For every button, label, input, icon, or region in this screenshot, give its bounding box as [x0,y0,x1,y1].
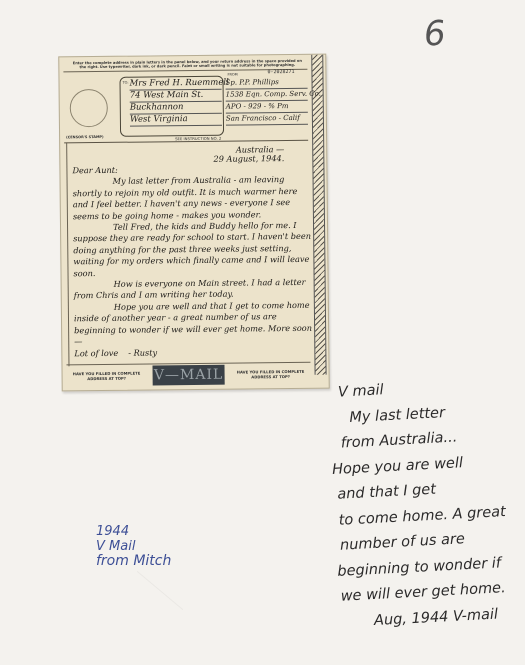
to-address-line: Buckhannon [130,102,222,115]
letter-paragraph: Hope you are well and that I get to come… [74,300,312,348]
from-address: Sp. P.P. Phillips 1538 Eqn. Comp. Serv. … [225,77,307,126]
paper-crease [137,571,184,610]
serial-number: 0-2028271 [267,69,294,75]
footer-note-left: HAVE YOU FILLED IN COMPLETE ADDRESS AT T… [67,370,147,381]
divider [64,140,308,144]
from-address-line: Sp. P.P. Phillips [225,77,307,90]
letter-paragraph: My last letter from Australia - am leavi… [73,174,311,222]
vmail-footer: HAVE YOU FILLED IN COMPLETE ADDRESS AT T… [66,362,310,387]
handwritten-note-left: 1944 V Mail from Mitch [96,524,171,569]
to-label: TO: [123,81,129,85]
from-address-line: APO - 929 - % Pm [226,101,308,114]
note-line: V Mail [96,539,171,554]
to-address: Mrs Fred H. Ruemmell 74 West Main St. Bu… [129,78,221,127]
closing: Lot of love [74,347,118,359]
letter-paragraph: Tell Fred, the kids and Buddy hello for … [73,220,312,280]
footer-note-right: HAVE YOU FILLED IN COMPLETE ADDRESS AT T… [231,368,311,379]
letter-paragraph: How is everyone on Main street. I had a … [74,277,312,302]
vmail-logo: V—MAIL [152,364,224,385]
handwritten-note-right: V mail My last letter from Australia... … [327,371,525,636]
divider [66,142,69,366]
from-label: FROM [227,73,237,77]
vmail-letter: Enter the complete address in plain lett… [58,54,329,392]
note-line: from Mitch [96,554,171,569]
to-address-line: 74 West Main St. [130,90,222,103]
signature: - Rusty [128,347,157,359]
to-address-line: Mrs Fred H. Ruemmell [129,78,221,91]
page-number: 6 [423,13,447,54]
censor-stamp-label: (CENSOR'S STAMP) [66,135,104,139]
signoff: Lot of love - Rusty [74,345,312,359]
letter-body: Australia — 29 August, 1944. Dear Aunt: … [72,145,312,359]
note-line: 1944 [96,524,171,539]
from-address-line: San Francisco - Calif [226,113,308,126]
to-address-line: West Virginia [130,114,222,127]
hatched-border [311,55,326,375]
censor-stamp-circle [70,89,108,127]
from-address-line: 1538 Eqn. Comp. Serv. Co. [226,89,308,102]
